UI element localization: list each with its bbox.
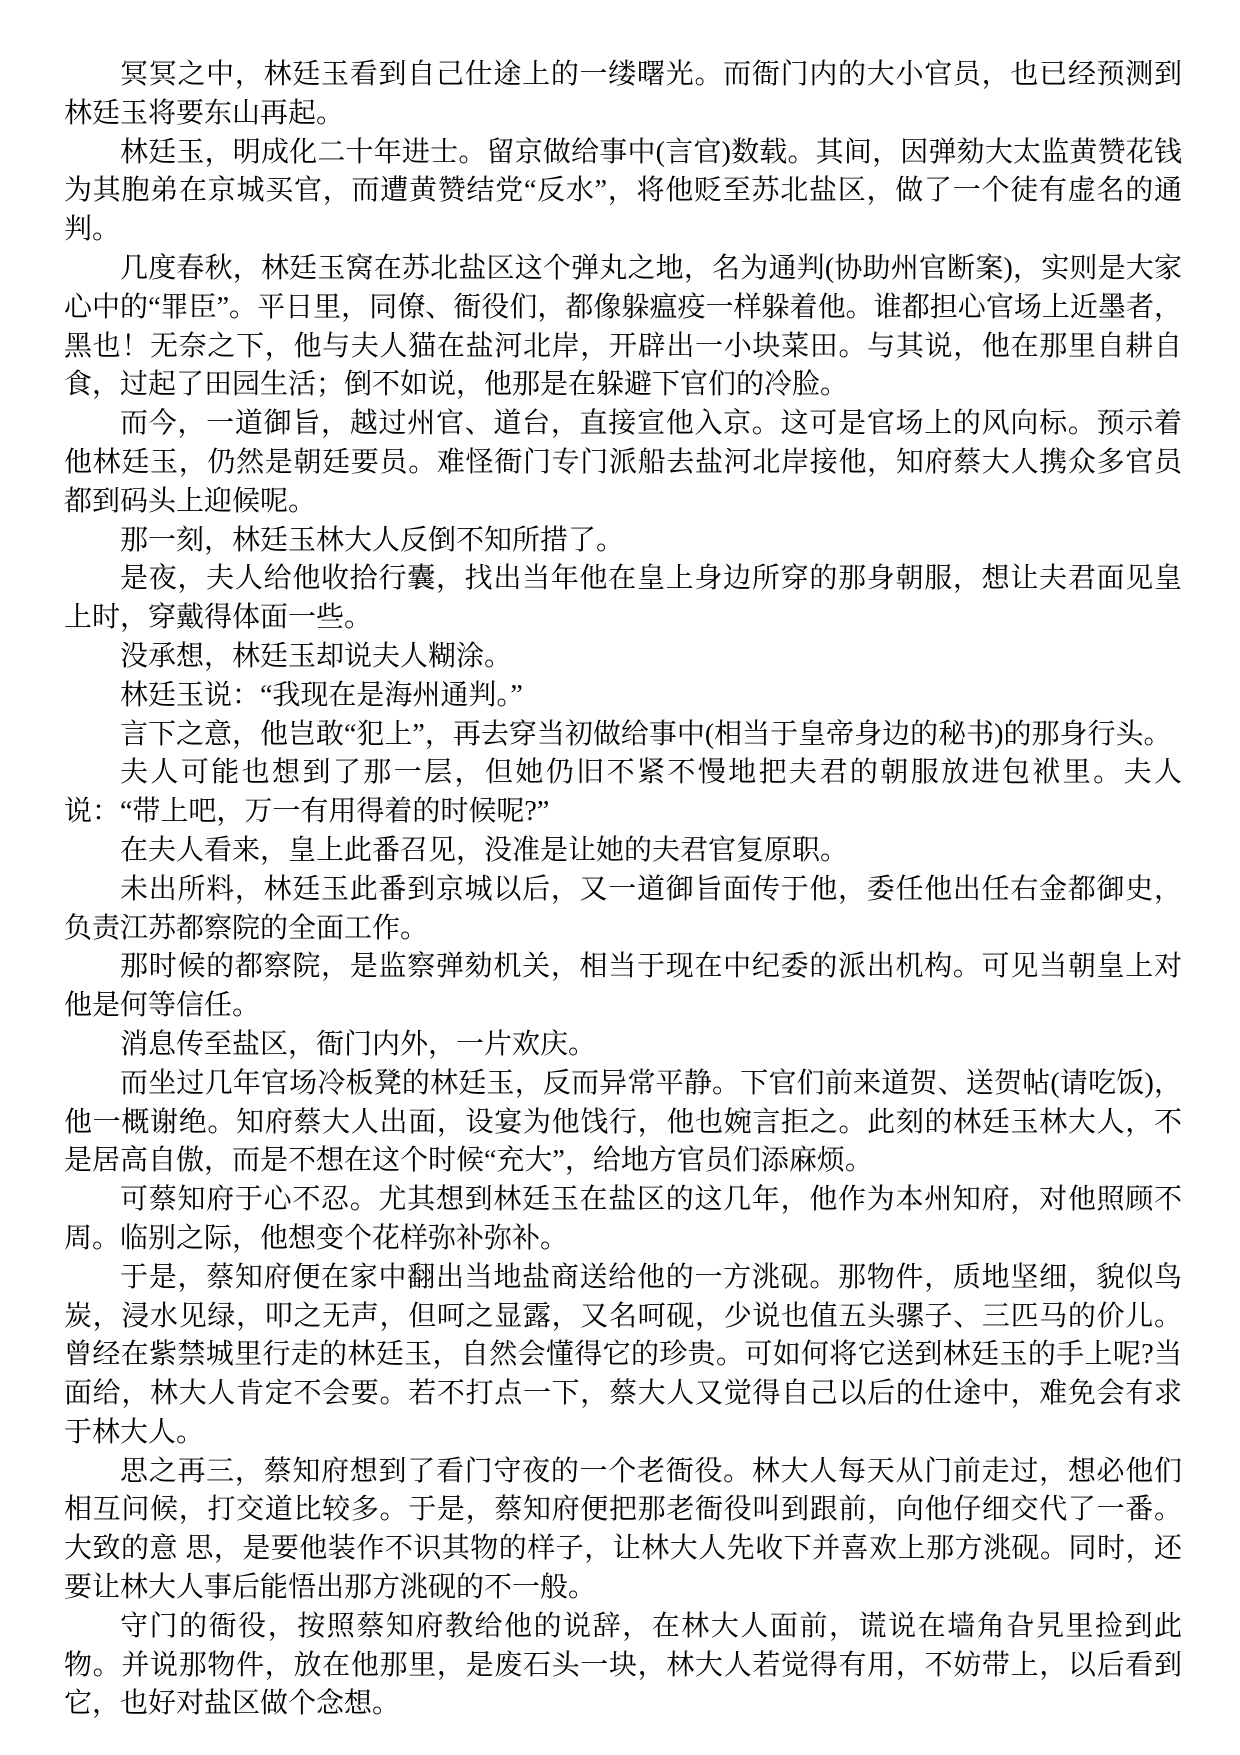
paragraph: 可蔡知府于心不忍。尤其想到林廷玉在盐区的这几年，他作为本州知府，对他照顾不周。临… — [64, 1181, 1182, 1259]
paragraph: 夫人可能也想到了那一层，但她仍旧不紧不慢地把夫君的朝服放进包袱里。夫人说：“带上… — [64, 754, 1182, 832]
paragraph: 林廷玉，明成化二十年进士。留京做给事中(言官)数载。其间，因弹劾大太监黄赞花钱为… — [64, 134, 1182, 250]
paragraph: 几度春秋，林廷玉窝在苏北盐区这个弹丸之地，名为通判(协助州官断案)，实则是大家心… — [64, 250, 1182, 405]
paragraph: 思之再三，蔡知府想到了看门守夜的一个老衙役。林大人每天从门前走过，想必他们相互问… — [64, 1453, 1182, 1608]
paragraph: 守门的衙役，按照蔡知府教给他的说辞，在林大人面前，谎说在墙角旮旯里捡到此物。并说… — [64, 1608, 1182, 1724]
paragraph: 冥冥之中，林廷玉看到自己仕途上的一缕曙光。而衙门内的大小官员，也已经预测到林廷玉… — [64, 56, 1182, 134]
paragraph: 在夫人看来，皇上此番召见，没准是让她的夫君官复原职。 — [64, 832, 1182, 871]
document-page: 冥冥之中，林廷玉看到自己仕途上的一缕曙光。而衙门内的大小官员，也已经预测到林廷玉… — [0, 0, 1240, 1755]
paragraph: 言下之意，他岂敢“犯上”，再去穿当初做给事中(相当于皇帝身边的秘书)的那身行头。 — [64, 716, 1182, 755]
paragraph: 那一刻，林廷玉林大人反倒不知所措了。 — [64, 522, 1182, 561]
paragraph: 没承想，林廷玉却说夫人糊涂。 — [64, 638, 1182, 677]
paragraph: 而今，一道御旨，越过州官、道台，直接宣他入京。这可是官场上的风向标。预示着他林廷… — [64, 405, 1182, 521]
paragraph: 是夜，夫人给他收拾行囊，找出当年他在皇上身边所穿的那身朝服，想让夫君面见皇上时，… — [64, 560, 1182, 638]
paragraph: 而坐过几年官场冷板凳的林廷玉，反而异常平静。下官们前来道贺、送贺帖(请吃饭)，他… — [64, 1065, 1182, 1181]
paragraph: 于是，蔡知府便在家中翻出当地盐商送给他的一方洮砚。那物件，质地坚细，貌似鸟炭，浸… — [64, 1259, 1182, 1453]
paragraph: 林廷玉说：“我现在是海州通判。” — [64, 677, 1182, 716]
paragraph: 那时候的都察院，是监察弹劾机关，相当于现在中纪委的派出机构。可见当朝皇上对他是何… — [64, 948, 1182, 1026]
paragraph: 未出所料，林廷玉此番到京城以后，又一道御旨面传于他，委任他出任右金都御史，负责江… — [64, 871, 1182, 949]
paragraph: 消息传至盐区，衙门内外，一片欢庆。 — [64, 1026, 1182, 1065]
